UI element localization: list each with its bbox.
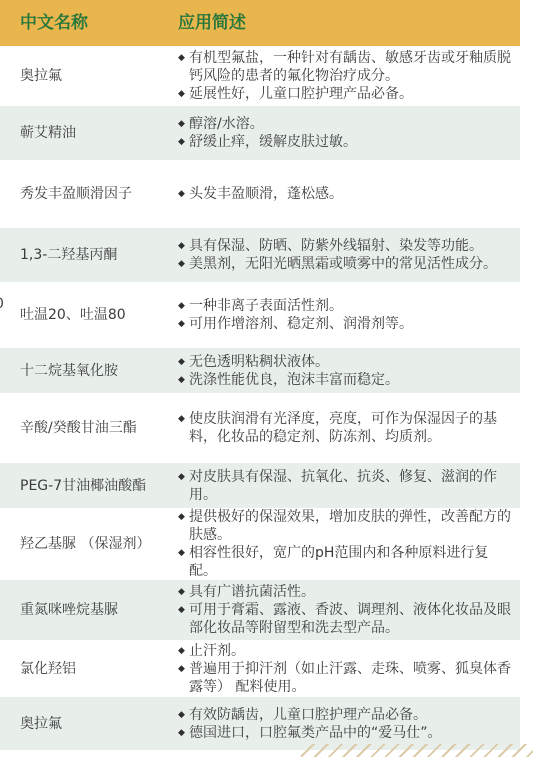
bullet-text: 无色透明粘稠状液体。: [189, 353, 514, 371]
application-summary: ◆具有广谱抗菌活性。◆可用于膏霜、露液、香波、调理剂、液体化妆品及眼部化妆品等附…: [178, 583, 520, 637]
table-row: 十二烷基氧化胺◆无色透明粘稠状液体。◆洗涤性能优良，泡沫丰富而稳定。: [0, 348, 520, 393]
ingredient-table: 中文名称 应用简述 奥拉氟◆有机型氟盐，一种针对有龋齿、敏感牙齿或牙釉质脱钙风险…: [0, 0, 520, 750]
diamond-bullet-icon: ◆: [178, 642, 189, 660]
bullet-item: ◆可用作增溶剂、稳定剂、润滑剂等。: [178, 315, 514, 333]
diamond-bullet-icon: ◆: [178, 315, 189, 333]
diamond-bullet-icon: ◆: [178, 49, 189, 85]
application-summary: ◆对皮肤具有保湿、抗氧化、抗炎、修复、滋润的作用。: [178, 468, 520, 504]
application-summary: ◆醇溶/水溶。◆舒缓止痒，缓解皮肤过敏。: [178, 115, 520, 151]
diamond-bullet-icon: ◆: [178, 115, 189, 133]
bullet-text: 使皮肤润滑有光泽度，亮度，可作为保湿因子的基料，化妆品的稳定剂、防冻剂、均质剂。: [189, 410, 514, 446]
bullet-item: ◆有机型氟盐，一种针对有龋齿、敏感牙齿或牙釉质脱钙风险的患者的氟化物治疗成分。: [178, 49, 514, 85]
bullet-text: 德国进口，口腔氟类产品中的“爱马仕”。: [189, 724, 514, 742]
application-summary: ◆无色透明粘稠状液体。◆洗涤性能优良，泡沫丰富而稳定。: [178, 353, 520, 389]
bullet-text: 延展性好，儿童口腔护理产品必备。: [189, 85, 514, 103]
diamond-bullet-icon: ◆: [178, 706, 189, 724]
bullet-item: ◆无色透明粘稠状液体。: [178, 353, 514, 371]
ingredient-name: 蕲艾精油: [0, 124, 178, 142]
column-header-application: 应用简述: [178, 12, 520, 34]
bullet-item: ◆一种非离子表面活性剂。: [178, 297, 514, 315]
cropped-text-fragment: 0: [0, 295, 4, 313]
bullet-item: ◆止汗剂。: [178, 642, 514, 660]
ingredient-name: 辛酸/癸酸甘油三酯: [0, 419, 178, 437]
table-row: PEG-7甘油椰油酸酯◆对皮肤具有保湿、抗氧化、抗炎、修复、滋润的作用。: [0, 463, 520, 508]
bullet-text: 止汗剂。: [189, 642, 514, 660]
table-row: 1,3-二羟基丙酮◆具有保湿、防晒、防紫外线辐射、染发等功能。◆美黑剂，无阳光晒…: [0, 228, 520, 282]
bullet-item: ◆普遍用于抑汗剂（如止汗露、走珠、喷雾、狐臭体香露等） 配料使用。: [178, 660, 514, 696]
diamond-bullet-icon: ◆: [178, 185, 189, 203]
application-summary: ◆使皮肤润滑有光泽度，亮度，可作为保湿因子的基料，化妆品的稳定剂、防冻剂、均质剂…: [178, 410, 520, 446]
table-row: 奥拉氟◆有机型氟盐，一种针对有龋齿、敏感牙齿或牙釉质脱钙风险的患者的氟化物治疗成…: [0, 46, 520, 106]
diamond-bullet-icon: ◆: [178, 508, 189, 544]
table-row: 氯化羟铝◆止汗剂。◆普遍用于抑汗剂（如止汗露、走珠、喷雾、狐臭体香露等） 配料使…: [0, 640, 520, 697]
bullet-text: 醇溶/水溶。: [189, 115, 514, 133]
bullet-text: 美黑剂，无阳光晒黑霜或喷雾中的常见活性成分。: [189, 255, 514, 273]
ingredient-name: 重氮咪唑烷基脲: [0, 601, 178, 619]
diamond-bullet-icon: ◆: [178, 544, 189, 580]
table-row: 羟乙基脲 （保湿剂）◆提供极好的保湿效果，增加皮肤的弹性，改善配方的肤感。◆相容…: [0, 508, 520, 580]
application-summary: ◆头发丰盈顺滑，蓬松感。: [178, 185, 520, 203]
diamond-bullet-icon: ◆: [178, 410, 189, 446]
bullet-text: 可用作增溶剂、稳定剂、润滑剂等。: [189, 315, 514, 333]
bullet-item: ◆使皮肤润滑有光泽度，亮度，可作为保湿因子的基料，化妆品的稳定剂、防冻剂、均质剂…: [178, 410, 514, 446]
bullet-item: ◆舒缓止痒，缓解皮肤过敏。: [178, 133, 514, 151]
ingredient-catalog-page: 中文名称 应用简述 奥拉氟◆有机型氟盐，一种针对有龋齿、敏感牙齿或牙釉质脱钙风险…: [0, 0, 533, 757]
application-summary: ◆提供极好的保湿效果，增加皮肤的弹性，改善配方的肤感。◆相容性很好，宽广的pH范…: [178, 508, 520, 580]
diamond-bullet-icon: ◆: [178, 468, 189, 504]
bullet-text: 可用于膏霜、露液、香波、调理剂、液体化妆品及眼部化妆品等附留型和洗去型产品。: [189, 601, 514, 637]
bullet-item: ◆具有保湿、防晒、防紫外线辐射、染发等功能。: [178, 237, 514, 255]
bullet-text: 有效防龋齿，儿童口腔护理产品必备。: [189, 706, 514, 724]
diamond-bullet-icon: ◆: [178, 255, 189, 273]
bullet-item: ◆德国进口，口腔氟类产品中的“爱马仕”。: [178, 724, 514, 742]
ingredient-name: 秀发丰盈顺滑因子: [0, 185, 178, 203]
ingredient-name: PEG-7甘油椰油酸酯: [0, 477, 178, 495]
application-summary: ◆有效防龋齿，儿童口腔护理产品必备。◆德国进口，口腔氟类产品中的“爱马仕”。: [178, 706, 520, 742]
ingredient-name: 1,3-二羟基丙酮: [0, 246, 178, 264]
bullet-item: ◆醇溶/水溶。: [178, 115, 514, 133]
bullet-text: 舒缓止痒，缓解皮肤过敏。: [189, 133, 514, 151]
diamond-bullet-icon: ◆: [178, 601, 189, 637]
ingredient-name: 奥拉氟: [0, 67, 178, 85]
ingredient-name: 氯化羟铝: [0, 660, 178, 678]
application-summary: ◆止汗剂。◆普遍用于抑汗剂（如止汗露、走珠、喷雾、狐臭体香露等） 配料使用。: [178, 642, 520, 696]
diamond-bullet-icon: ◆: [178, 724, 189, 742]
table-row: 吐温20、吐温80◆一种非离子表面活性剂。◆可用作增溶剂、稳定剂、润滑剂等。: [0, 282, 520, 348]
bullet-item: ◆具有广谱抗菌活性。: [178, 583, 514, 601]
ingredient-name: 吐温20、吐温80: [0, 306, 178, 324]
table-header-row: 中文名称 应用简述: [0, 0, 520, 46]
bullet-item: ◆美黑剂，无阳光晒黑霜或喷雾中的常见活性成分。: [178, 255, 514, 273]
bullet-text: 提供极好的保湿效果，增加皮肤的弹性，改善配方的肤感。: [189, 508, 514, 544]
bullet-text: 具有广谱抗菌活性。: [189, 583, 514, 601]
column-header-chinese-name: 中文名称: [0, 12, 178, 34]
diamond-bullet-icon: ◆: [178, 297, 189, 315]
table-body: 奥拉氟◆有机型氟盐，一种针对有龋齿、敏感牙齿或牙釉质脱钙风险的患者的氟化物治疗成…: [0, 46, 520, 750]
diamond-bullet-icon: ◆: [178, 85, 189, 103]
bullet-text: 对皮肤具有保湿、抗氧化、抗炎、修复、滋润的作用。: [189, 468, 514, 504]
table-row: 奥拉氟◆有效防龋齿，儿童口腔护理产品必备。◆德国进口，口腔氟类产品中的“爱马仕”…: [0, 697, 520, 750]
table-row: 重氮咪唑烷基脲◆具有广谱抗菌活性。◆可用于膏霜、露液、香波、调理剂、液体化妆品及…: [0, 580, 520, 640]
table-row: 辛酸/癸酸甘油三酯◆使皮肤润滑有光泽度，亮度，可作为保湿因子的基料，化妆品的稳定…: [0, 393, 520, 463]
bullet-text: 有机型氟盐，一种针对有龋齿、敏感牙齿或牙釉质脱钙风险的患者的氟化物治疗成分。: [189, 49, 514, 85]
diamond-bullet-icon: ◆: [178, 660, 189, 696]
diamond-bullet-icon: ◆: [178, 371, 189, 389]
bullet-item: ◆提供极好的保湿效果，增加皮肤的弹性，改善配方的肤感。: [178, 508, 514, 544]
bullet-text: 具有保湿、防晒、防紫外线辐射、染发等功能。: [189, 237, 514, 255]
ingredient-name: 羟乙基脲 （保湿剂）: [0, 535, 178, 553]
diagonal-hatch-decoration: [301, 744, 533, 757]
bullet-item: ◆相容性很好，宽广的pH范围内和各种原料进行复配。: [178, 544, 514, 580]
bullet-text: 普遍用于抑汗剂（如止汗露、走珠、喷雾、狐臭体香露等） 配料使用。: [189, 660, 514, 696]
diamond-bullet-icon: ◆: [178, 353, 189, 371]
ingredient-name: 奥拉氟: [0, 715, 178, 733]
table-row: 秀发丰盈顺滑因子◆头发丰盈顺滑，蓬松感。: [0, 160, 520, 228]
bullet-text: 一种非离子表面活性剂。: [189, 297, 514, 315]
ingredient-name: 十二烷基氧化胺: [0, 362, 178, 380]
bullet-item: ◆有效防龋齿，儿童口腔护理产品必备。: [178, 706, 514, 724]
application-summary: ◆有机型氟盐，一种针对有龋齿、敏感牙齿或牙釉质脱钙风险的患者的氟化物治疗成分。◆…: [178, 49, 520, 103]
bullet-item: ◆延展性好，儿童口腔护理产品必备。: [178, 85, 514, 103]
application-summary: ◆具有保湿、防晒、防紫外线辐射、染发等功能。◆美黑剂，无阳光晒黑霜或喷雾中的常见…: [178, 237, 520, 273]
application-summary: ◆一种非离子表面活性剂。◆可用作增溶剂、稳定剂、润滑剂等。: [178, 297, 520, 333]
diamond-bullet-icon: ◆: [178, 133, 189, 151]
bullet-item: ◆可用于膏霜、露液、香波、调理剂、液体化妆品及眼部化妆品等附留型和洗去型产品。: [178, 601, 514, 637]
table-row: 蕲艾精油◆醇溶/水溶。◆舒缓止痒，缓解皮肤过敏。: [0, 106, 520, 160]
bullet-item: ◆对皮肤具有保湿、抗氧化、抗炎、修复、滋润的作用。: [178, 468, 514, 504]
bullet-text: 相容性很好，宽广的pH范围内和各种原料进行复配。: [189, 544, 514, 580]
bullet-text: 头发丰盈顺滑，蓬松感。: [189, 185, 514, 203]
diamond-bullet-icon: ◆: [178, 237, 189, 255]
bullet-item: ◆头发丰盈顺滑，蓬松感。: [178, 185, 514, 203]
bullet-text: 洗涤性能优良，泡沫丰富而稳定。: [189, 371, 514, 389]
diamond-bullet-icon: ◆: [178, 583, 189, 601]
bullet-item: ◆洗涤性能优良，泡沫丰富而稳定。: [178, 371, 514, 389]
